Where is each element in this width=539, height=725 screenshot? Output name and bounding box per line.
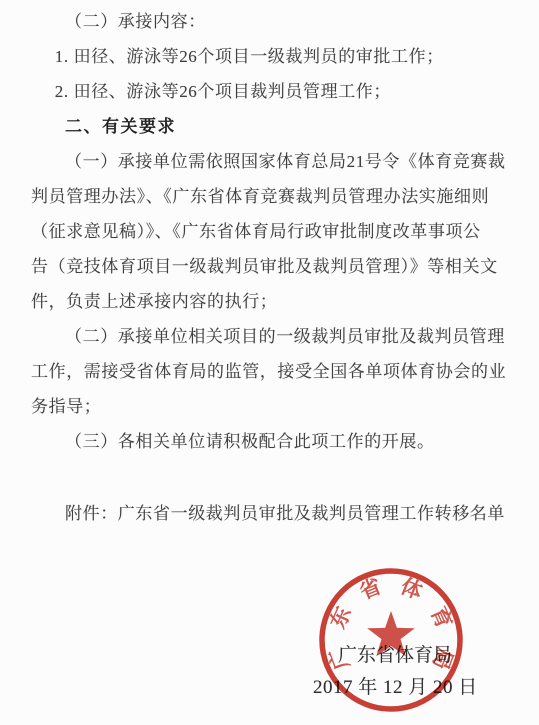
doc-line: 告（竞技体育项目一级裁判员审批及裁判员管理）》等相关文 [31, 249, 509, 284]
stamp-arc-char: 省 [356, 574, 384, 604]
document-page: （二）承接内容：1. 田径、游泳等26个项目一级裁判员的审批工作；2. 田径、游… [0, 0, 539, 725]
document-body: （二）承接内容：1. 田径、游泳等26个项目一级裁判员的审批工作；2. 田径、游… [31, 4, 509, 531]
doc-line: 工作，需接受省体育局的监管，接受全国各单项体育协会的业 [31, 354, 509, 389]
stamp-arc-char: 育 [426, 603, 456, 632]
doc-line: （三）各相关单位请积极配合此项工作的开展。 [31, 424, 509, 459]
doc-line: 1. 田径、游泳等26个项目一级裁判员的审批工作； [31, 39, 509, 74]
doc-line: 务指导； [31, 389, 509, 424]
doc-line: （二）承接单位相关项目的一级裁判员审批及裁判员管理 [31, 319, 509, 354]
doc-line: 件，负责上述承接内容的执行； [31, 284, 509, 319]
doc-line: （一）承接单位需依照国家体育总局21号令《体育竞赛裁 [31, 144, 509, 179]
issuer-name: 广东省体育局 [338, 640, 452, 667]
doc-line: （二）承接内容： [31, 4, 509, 39]
doc-line: （征求意见稿）》、《广东省体育局行政审批制度改革事项公 [31, 214, 509, 249]
stamp-arc-char: 东 [326, 603, 356, 632]
date-line: 2017 年 12 月 20 日 [313, 672, 478, 699]
doc-line: 2. 田径、游泳等26个项目裁判员管理工作； [31, 74, 509, 109]
doc-line: 二、有关要求 [31, 109, 509, 144]
stamp-arc-char: 体 [397, 574, 425, 604]
doc-line: 附件：广东省一级裁判员审批及裁判员管理工作转移名单 [31, 496, 509, 531]
doc-line: 判员管理办法》、《广东省体育竞赛裁判员管理办法实施细则 [31, 179, 509, 214]
